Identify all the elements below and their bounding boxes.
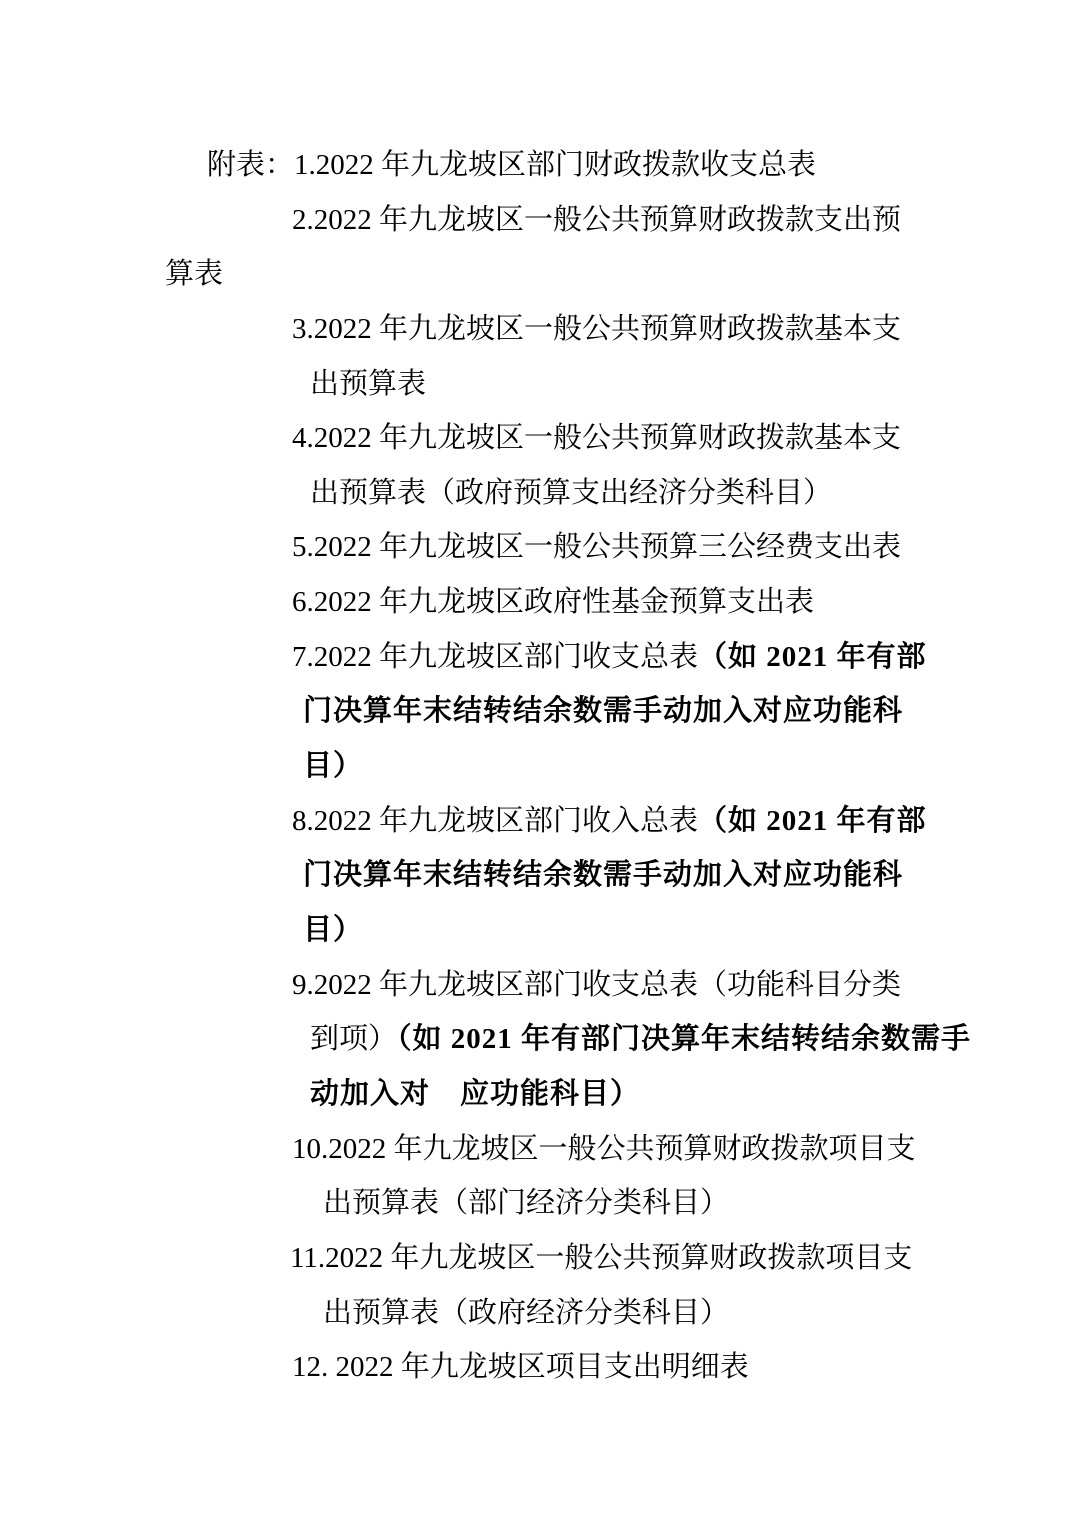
- text-segment: 出预算表（政府经济分类科目）: [323, 1297, 729, 1329]
- attachment-label-and-item-1: 附表：1.2022 年九龙坡区部门财政拨款收支总表: [207, 148, 816, 182]
- text-segment: 9.2022 年九龙坡区部门收支总表（功能科目分类: [292, 969, 901, 1001]
- attachment-item-9-line-1: 9.2022 年九龙坡区部门收支总表（功能科目分类: [292, 968, 901, 1002]
- bold-text-segment: （如 2021 年有部: [698, 641, 927, 673]
- text-segment: 附表：1.2022 年九龙坡区部门财政拨款收支总表: [207, 149, 816, 181]
- text-segment: 8.2022 年九龙坡区部门收入总表: [292, 805, 698, 837]
- text-segment: 11.2022 年九龙坡区一般公共预算财政拨款项目支: [290, 1242, 912, 1274]
- text-segment: 5.2022 年九龙坡区一般公共预算三公经费支出表: [292, 531, 901, 563]
- attachment-item-3-line-2: 出预算表: [310, 367, 426, 401]
- bold-text-segment: 门决算年末结转结余数需手动加入对应功能科: [303, 695, 903, 727]
- attachment-item-2-line-1: 2.2022 年九龙坡区一般公共预算财政拨款支出预: [292, 203, 901, 237]
- text-segment: 出预算表（政府预算支出经济分类科目）: [310, 477, 832, 509]
- attachment-item-11-line-1: 11.2022 年九龙坡区一般公共预算财政拨款项目支: [290, 1241, 912, 1275]
- bold-text-segment: （如 2021 年有部: [698, 805, 927, 837]
- bold-text-segment: （如 2021 年有部门决算年末结转结余数需手: [397, 1023, 971, 1055]
- attachment-item-6: 6.2022 年九龙坡区政府性基金预算支出表: [292, 585, 814, 619]
- text-segment: 算表: [165, 258, 223, 290]
- attachment-item-8-line-3: 目）: [303, 913, 363, 947]
- text-segment: 2.2022 年九龙坡区一般公共预算财政拨款支出预: [292, 204, 901, 236]
- bold-text-segment: 动加入对 应功能科目）: [310, 1078, 640, 1110]
- attachment-item-7-line-1: 7.2022 年九龙坡区部门收支总表（如 2021 年有部: [292, 640, 927, 674]
- text-segment: 6.2022 年九龙坡区政府性基金预算支出表: [292, 586, 814, 618]
- text-segment: 7.2022 年九龙坡区部门收支总表: [292, 641, 698, 673]
- text-segment: 10.2022 年九龙坡区一般公共预算财政拨款项目支: [292, 1133, 916, 1165]
- attachment-item-2-line-2: 算表: [165, 257, 223, 291]
- attachment-item-5: 5.2022 年九龙坡区一般公共预算三公经费支出表: [292, 530, 901, 564]
- attachment-item-9-line-3: 动加入对 应功能科目）: [310, 1077, 640, 1111]
- attachment-item-10-line-1: 10.2022 年九龙坡区一般公共预算财政拨款项目支: [292, 1132, 916, 1166]
- document-page: 附表：1.2022 年九龙坡区部门财政拨款收支总表2.2022 年九龙坡区一般公…: [0, 0, 1074, 1520]
- attachment-item-7-line-3: 目）: [303, 749, 363, 783]
- attachment-item-8-line-1: 8.2022 年九龙坡区部门收入总表（如 2021 年有部: [292, 804, 927, 838]
- attachment-item-3-line-1: 3.2022 年九龙坡区一般公共预算财政拨款基本支: [292, 312, 901, 346]
- bold-text-segment: 目）: [303, 750, 363, 782]
- attachment-item-11-line-2: 出预算表（政府经济分类科目）: [323, 1296, 729, 1330]
- attachment-item-12: 12. 2022 年九龙坡区项目支出明细表: [292, 1350, 749, 1384]
- text-segment: 12. 2022 年九龙坡区项目支出明细表: [292, 1351, 749, 1383]
- attachment-item-10-line-2: 出预算表（部门经济分类科目）: [323, 1186, 729, 1220]
- text-segment: 出预算表: [310, 368, 426, 400]
- text-segment: 4.2022 年九龙坡区一般公共预算财政拨款基本支: [292, 422, 901, 454]
- bold-text-segment: 目）: [303, 914, 363, 946]
- attachment-item-7-line-2: 门决算年末结转结余数需手动加入对应功能科: [303, 694, 903, 728]
- text-segment: 3.2022 年九龙坡区一般公共预算财政拨款基本支: [292, 313, 901, 345]
- text-segment: 出预算表（部门经济分类科目）: [323, 1187, 729, 1219]
- attachment-item-9-line-2: 到项）（如 2021 年有部门决算年末结转结余数需手: [310, 1022, 971, 1056]
- attachment-item-8-line-2: 门决算年末结转结余数需手动加入对应功能科: [303, 858, 903, 892]
- attachment-item-4-line-1: 4.2022 年九龙坡区一般公共预算财政拨款基本支: [292, 421, 901, 455]
- attachment-item-4-line-2: 出预算表（政府预算支出经济分类科目）: [310, 476, 832, 510]
- bold-text-segment: 门决算年末结转结余数需手动加入对应功能科: [303, 859, 903, 891]
- text-segment: 到项）: [310, 1023, 397, 1055]
